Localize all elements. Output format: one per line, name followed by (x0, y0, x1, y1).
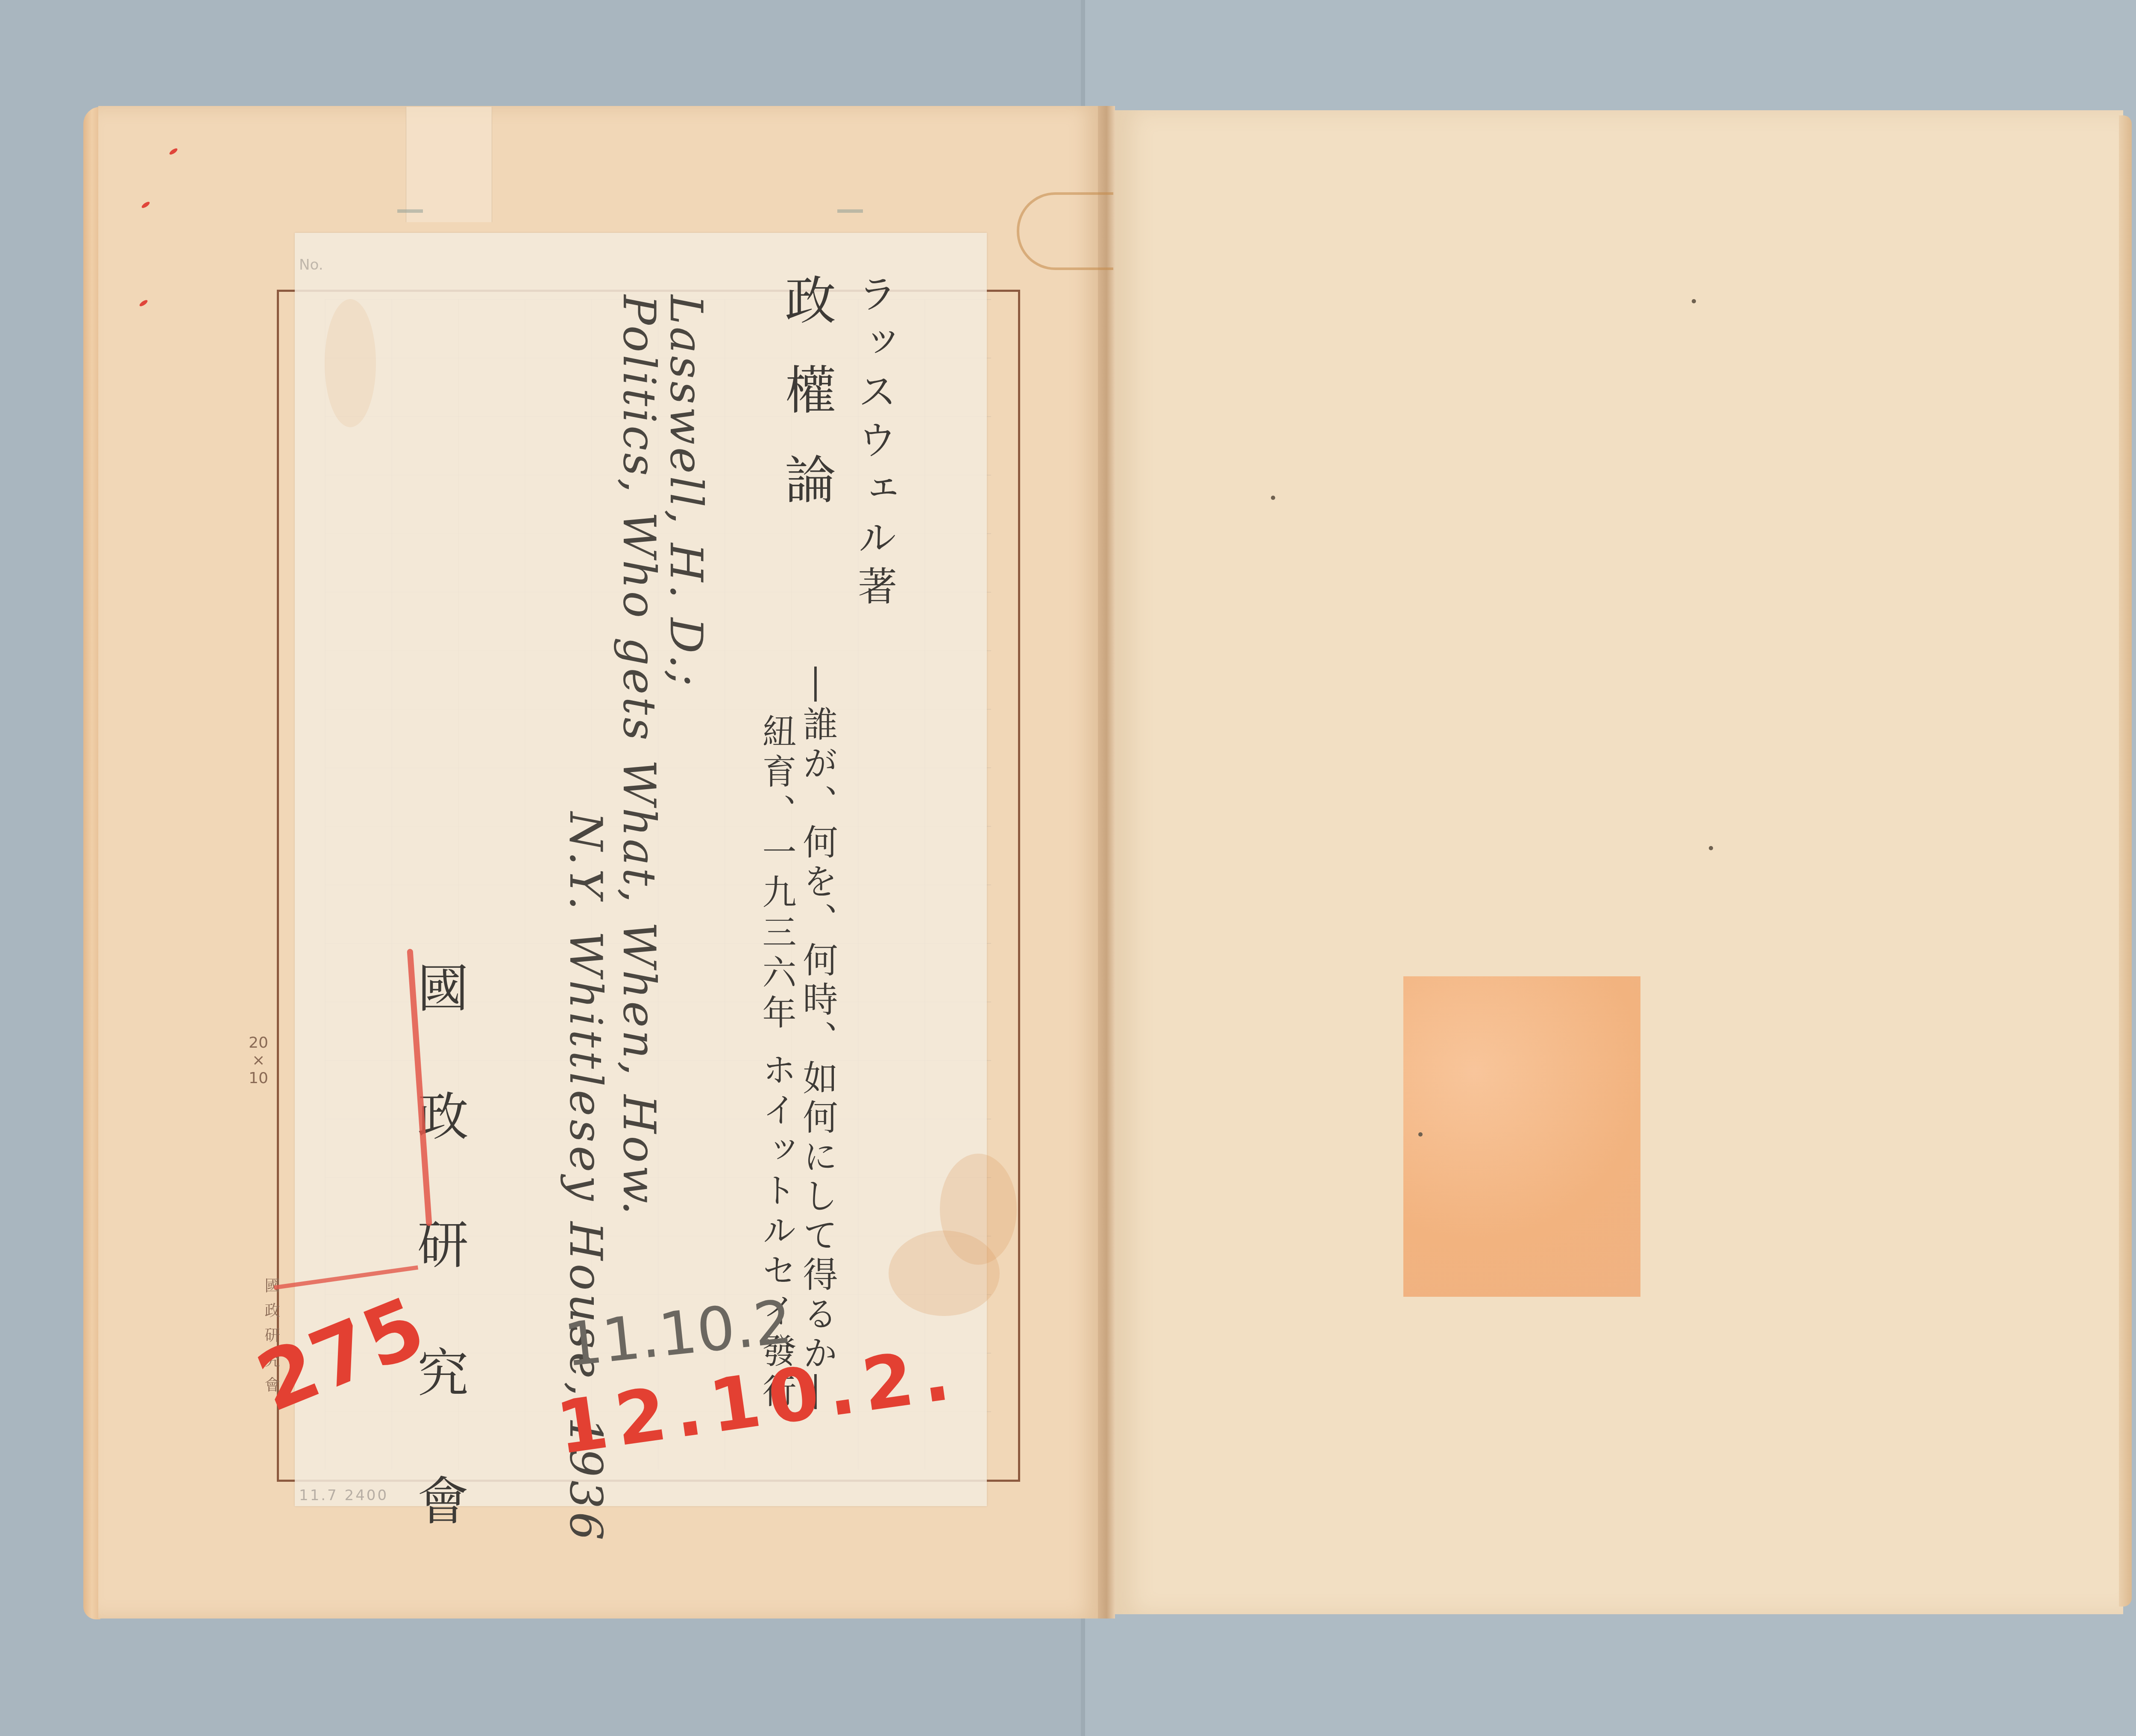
right-page (1115, 110, 2123, 1614)
right-page-edges (2119, 115, 2132, 1607)
paper-speck (1271, 496, 1275, 500)
grid-cols: 10 (244, 1069, 273, 1087)
handwritten-title: Politics, Who gets What, When, How. (613, 295, 665, 1217)
author-line: ラッスウェル著 (846, 273, 902, 614)
paper-speck (1418, 1132, 1423, 1137)
foxing-stain (325, 299, 376, 427)
paper-speck (1709, 846, 1713, 850)
organization-name: 國政研究會 (402, 961, 475, 1602)
paper-tape (406, 107, 492, 222)
orange-patch (1403, 976, 1640, 1297)
handwritten-author: Lasswell, H. D.; (660, 295, 712, 689)
book-gutter (1098, 106, 1115, 1619)
paper-speck (1692, 299, 1696, 303)
slip-print-code: 11.7 2400 (299, 1487, 388, 1504)
staple-mark (837, 209, 863, 213)
foxing-stain (940, 1154, 1017, 1265)
left-page-edges (83, 107, 100, 1619)
book-title: 政權論 (769, 273, 842, 543)
slip-number-label: No. (299, 256, 323, 273)
paper-clip-stain (1017, 192, 1113, 270)
staple-mark (397, 209, 423, 213)
grid-times: × (244, 1052, 273, 1069)
form-size-label: 20 × 10 (244, 1034, 273, 1087)
grid-rows: 20 (244, 1034, 273, 1052)
